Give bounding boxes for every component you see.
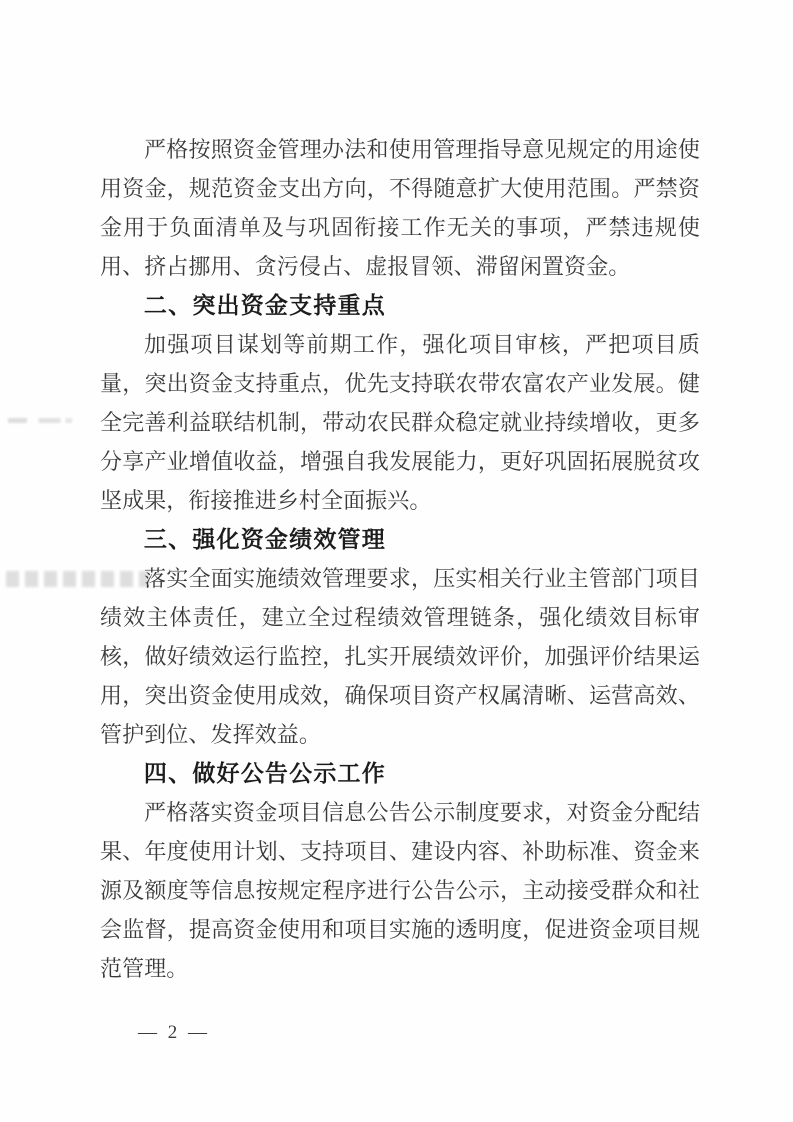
section-heading-3: 三、强化资金绩效管理 (100, 520, 700, 559)
paragraph-fund-support-focus: 加强项目谋划等前期工作，强化项目审核，严把项目质量，突出资金支持重点，优先支持联… (100, 325, 700, 520)
paragraph-performance-management: 落实全面实施绩效管理要求，压实相关行业主管部门项目绩效主体责任，建立全过程绩效管… (100, 559, 700, 754)
paragraph-public-disclosure: 严格落实资金项目信息公告公示制度要求，对资金分配结果、年度使用计划、支持项目、建… (100, 793, 700, 988)
page-number: — 2 — (138, 1022, 210, 1044)
paragraph-fund-usage-rules: 严格按照资金管理办法和使用管理指导意见规定的用途使用资金，规范资金支出方向，不得… (100, 130, 700, 286)
document-content: 严格按照资金管理办法和使用管理指导意见规定的用途使用资金，规范资金支出方向，不得… (100, 130, 700, 988)
section-heading-4: 四、做好公告公示工作 (100, 754, 700, 793)
section-heading-2: 二、突出资金支持重点 (100, 286, 700, 325)
scan-bleed-dashes-artifact (8, 418, 72, 423)
document-page: 严格按照资金管理办法和使用管理指导意见规定的用途使用资金，规范资金支出方向，不得… (0, 0, 793, 1122)
